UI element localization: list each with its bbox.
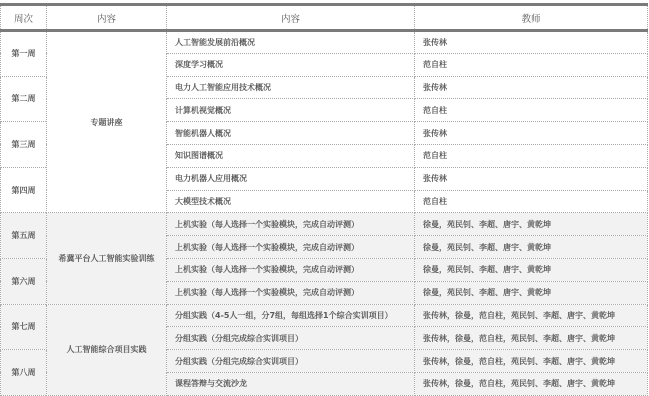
content-cell: 大模型技术概况 <box>167 190 415 213</box>
teacher-cell: 张传林，徐曼，范自柱，苑民钊、李超、唐宇、黄乾坤 <box>415 372 648 395</box>
content-cell: 上机实验（每人选择一个实验模块，完成自动评测） <box>167 213 415 236</box>
table-row: 第五周 希冀平台人工智能实验训练 上机实验（每人选择一个实验模块，完成自动评测）… <box>1 213 648 236</box>
header-week: 周次 <box>1 5 47 31</box>
course-schedule-table: 周次 内容 内容 教师 第一周 专题讲座 人工智能发展前沿概况 张传林 深度学习… <box>0 3 648 396</box>
teacher-cell: 张传林 <box>415 122 648 145</box>
content-cell: 知识图谱概况 <box>167 144 415 167</box>
schedule-table-container: 周次 内容 内容 教师 第一周 专题讲座 人工智能发展前沿概况 张传林 深度学习… <box>0 3 647 396</box>
week-label: 第一周 <box>12 49 36 58</box>
content-cell: 电力人工智能应用技术概况 <box>167 76 415 99</box>
header-teacher: 教师 <box>415 5 648 31</box>
content-cell: 深度学习概况 <box>167 53 415 76</box>
week-label: 第三周 <box>12 140 36 149</box>
week-cell: 第七周 <box>1 304 47 350</box>
week-cell: 第五周 <box>1 213 47 259</box>
category-cell: 人工智能综合项目实践 <box>47 304 167 395</box>
table-row: 第一周 专题讲座 人工智能发展前沿概况 张传林 <box>1 31 648 54</box>
content-cell: 上机实验（每人选择一个实验模块，完成自动评测） <box>167 236 415 259</box>
week-label: 第五周 <box>12 231 36 240</box>
table-row: 第七周 人工智能综合项目实践 分组实践（4-5人一组，分7组，每组选择1个综合实… <box>1 304 648 327</box>
teacher-cell: 徐曼，苑民钊、李超、唐宇、黄乾坤 <box>415 236 648 259</box>
category-label: 希冀平台人工智能实验训练 <box>59 254 155 263</box>
content-cell: 智能机器人概况 <box>167 122 415 145</box>
category-cell: 希冀平台人工智能实验训练 <box>47 213 167 304</box>
week-cell: 第八周 <box>1 350 47 396</box>
category-cell: 专题讲座 <box>47 31 167 213</box>
week-label: 第六周 <box>12 277 36 286</box>
content-cell: 计算机视觉概况 <box>167 99 415 122</box>
teacher-cell: 范自柱 <box>415 190 648 213</box>
week-cell: 第四周 <box>1 167 47 213</box>
week-label: 第二周 <box>12 94 36 103</box>
content-cell: 上机实验（每人选择一个实验模块，完成自动评测） <box>167 281 415 304</box>
teacher-cell: 张传林 <box>415 31 648 54</box>
week-label: 第七周 <box>12 322 36 331</box>
category-label: 专题讲座 <box>91 118 123 127</box>
content-cell: 分组实践（4-5人一组，分7组，每组选择1个综合实训项目） <box>167 304 415 327</box>
week-cell: 第三周 <box>1 122 47 168</box>
category-label: 人工智能综合项目实践 <box>67 345 147 354</box>
header-content: 内容 <box>167 5 415 31</box>
content-cell: 人工智能发展前沿概况 <box>167 31 415 54</box>
content-cell: 分组实践（分组完成综合实训项目） <box>167 350 415 373</box>
teacher-cell: 张传林 <box>415 167 648 190</box>
week-cell: 第二周 <box>1 76 47 122</box>
teacher-cell: 范自柱 <box>415 99 648 122</box>
teacher-cell: 张传林，徐曼，范自柱，苑民钊、李超、唐宇、黄乾坤 <box>415 350 648 373</box>
content-cell: 电力机器人应用概况 <box>167 167 415 190</box>
week-label: 第四周 <box>12 186 36 195</box>
table-header-row: 周次 内容 内容 教师 <box>1 5 648 31</box>
teacher-cell: 范自柱 <box>415 53 648 76</box>
content-cell: 分组实践（分组完成综合实训项目） <box>167 327 415 350</box>
teacher-cell: 徐曼，苑民钊、李超、唐宇、黄乾坤 <box>415 213 648 236</box>
week-cell: 第一周 <box>1 31 47 77</box>
teacher-cell: 徐曼，苑民钊、李超、唐宇、黄乾坤 <box>415 258 648 281</box>
header-category: 内容 <box>47 5 167 31</box>
content-cell: 课程答辩与交流沙龙 <box>167 372 415 395</box>
teacher-cell: 张传林 <box>415 76 648 99</box>
teacher-cell: 张传林，徐曼，范自柱，苑民钊、李超、唐宇、黄乾坤 <box>415 304 648 327</box>
week-cell: 第六周 <box>1 258 47 304</box>
content-cell: 上机实验（每人选择一个实验模块，完成自动评测） <box>167 258 415 281</box>
teacher-cell: 范自柱 <box>415 144 648 167</box>
teacher-cell: 徐曼，苑民钊、李超、唐宇、黄乾坤 <box>415 281 648 304</box>
week-label: 第八周 <box>12 368 36 377</box>
teacher-cell: 张传林，徐曼，范自柱，苑民钊、李超、唐宇、黄乾坤 <box>415 327 648 350</box>
